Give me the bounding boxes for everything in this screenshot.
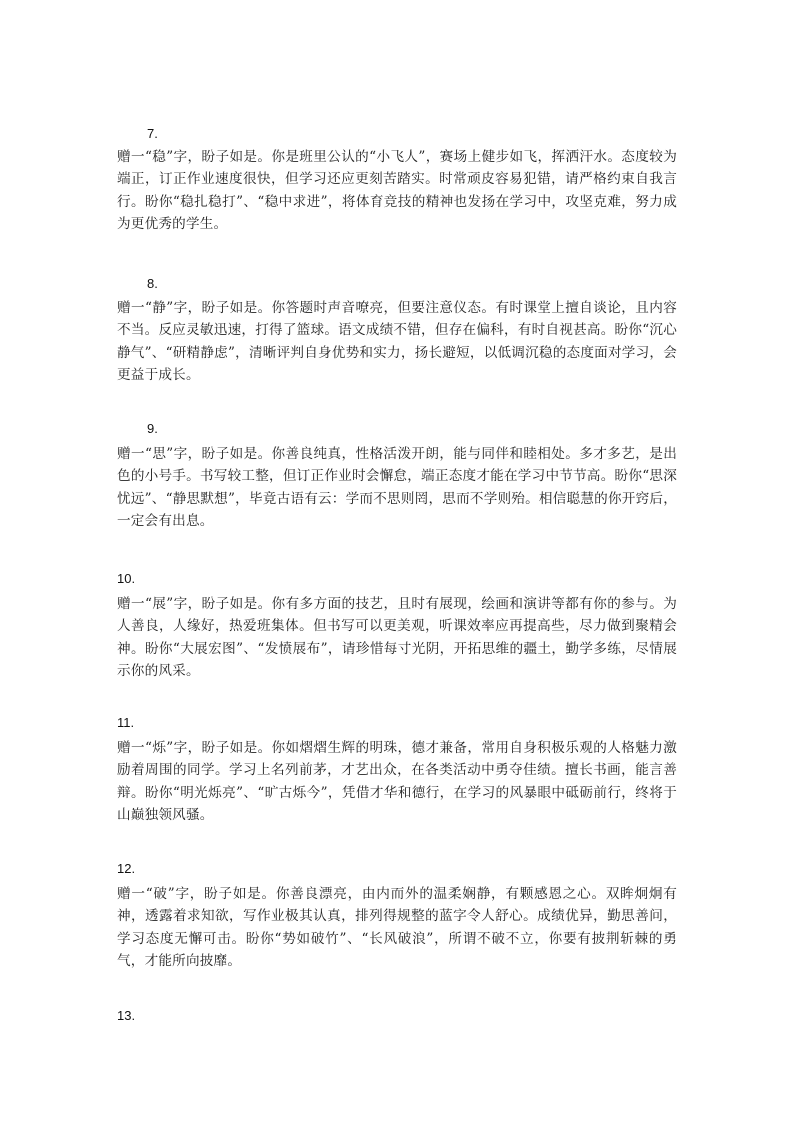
- item-body-11: 赠一“烁”字，盼子如是。你如熠熠生辉的明珠，德才兼备，常用自身积极乐观的人格魅力…: [117, 737, 677, 827]
- item-body-12: 赠一“破”字，盼子如是。你善良漂亮，由内而外的温柔娴静，有颗感恩之心。双眸炯炯有…: [117, 883, 677, 973]
- item-number-10: 10.: [117, 571, 135, 587]
- item-number-7: 7.: [147, 126, 158, 142]
- item-body-10: 赠一“展”字，盼子如是。你有多方面的技艺，且时有展现，绘画和演讲等都有你的参与。…: [117, 593, 677, 683]
- item-body-7: 赠一“稳”字，盼子如是。你是班里公认的“小飞人”，赛场上健步如飞，挥洒汗水。态度…: [117, 146, 677, 236]
- item-number-9: 9.: [147, 421, 158, 437]
- item-body-9: 赠一“思”字，盼子如是。你善良纯真，性格活泼开朗，能与同伴和睦相处。多才多艺，是…: [117, 443, 677, 533]
- document-page: 7. 赠一“稳”字，盼子如是。你是班里公认的“小飞人”，赛场上健步如飞，挥洒汗水…: [0, 0, 793, 1122]
- item-number-8: 8.: [147, 276, 158, 292]
- item-number-11: 11.: [117, 715, 134, 731]
- item-body-8: 赠一“静”字，盼子如是。你答题时声音嘹亮，但要注意仪态。有时课堂上擅自谈论，且内…: [117, 297, 677, 387]
- item-number-12: 12.: [117, 861, 135, 877]
- item-number-13: 13.: [117, 1008, 135, 1024]
